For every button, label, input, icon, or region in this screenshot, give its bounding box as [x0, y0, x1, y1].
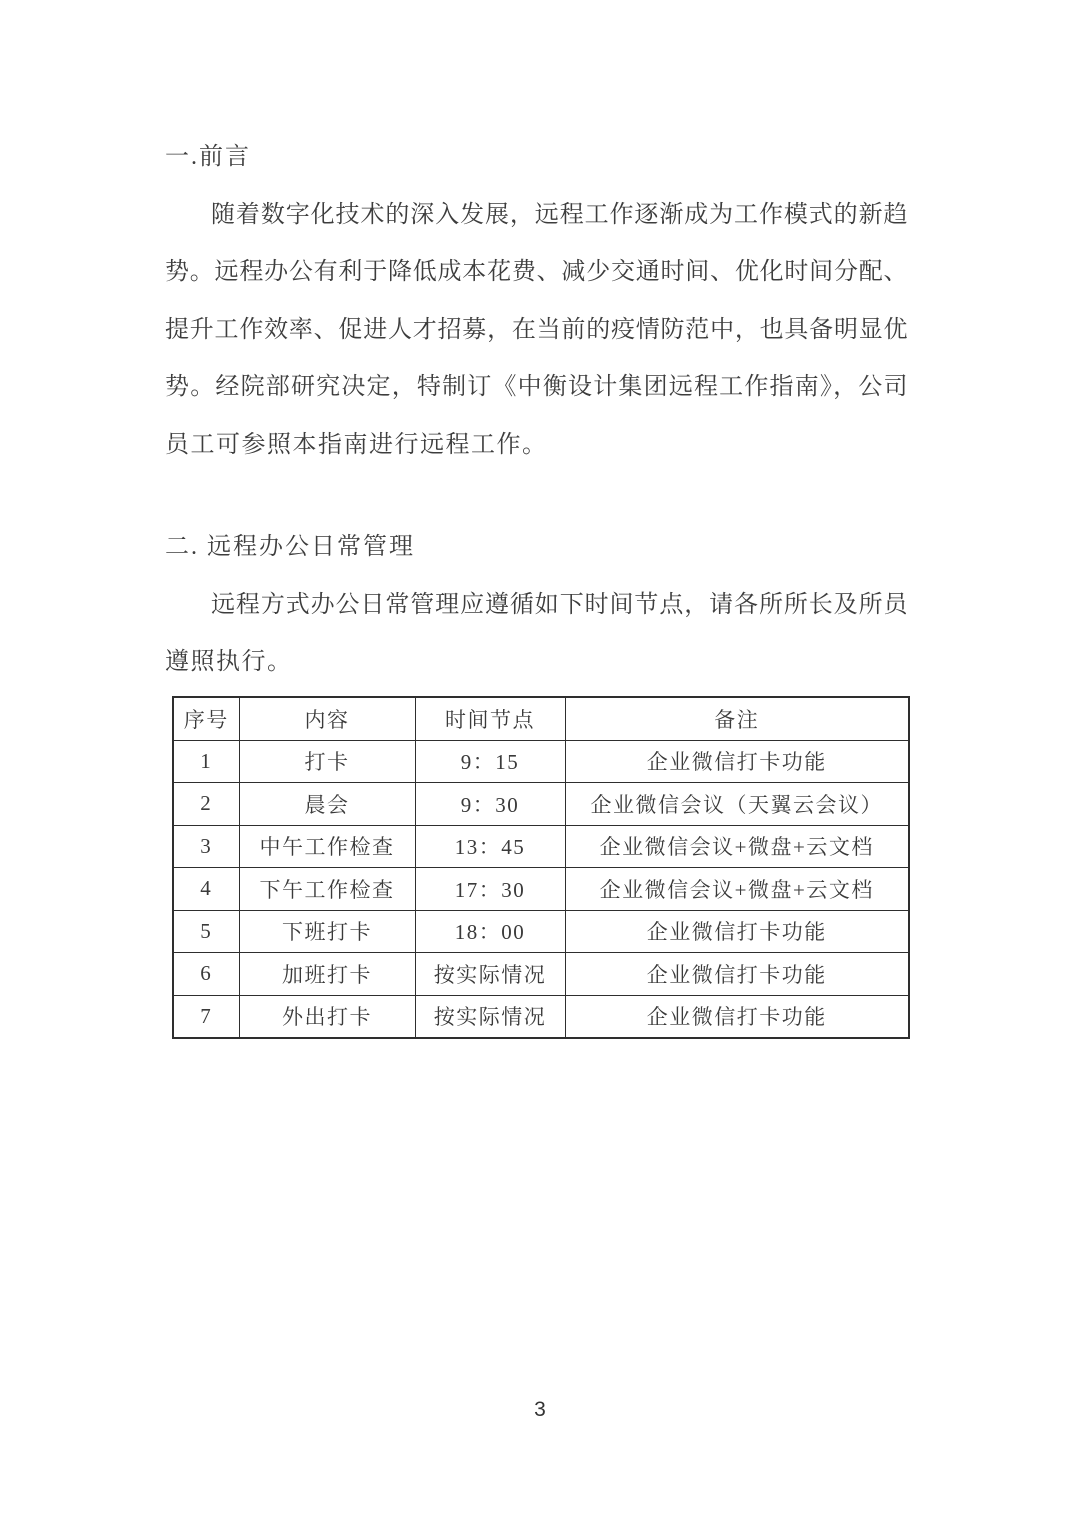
- table-cell: 下班打卡: [239, 910, 415, 953]
- table-cell: 18：00: [415, 910, 565, 953]
- paragraph-line: 提升工作效率、促进人才招募，在当前的疫情防范中，也具备明显优: [165, 302, 908, 360]
- page-content: 一.前言 随着数字化技术的深入发展，远程工作逐渐成为工作模式的新趋 势。远程办公…: [165, 0, 908, 1039]
- table-header-cell: 内容: [239, 697, 415, 741]
- table-header-cell: 序号: [173, 697, 239, 741]
- table-row: 3 中午工作检查 13：45 企业微信会议+微盘+云文档: [173, 825, 909, 868]
- table-cell: 1: [173, 740, 239, 783]
- table-cell: 下午工作检查: [239, 868, 415, 911]
- table-cell: 4: [173, 868, 239, 911]
- daily-management-schedule-table: 序号 内容 时间节点 备注 1 打卡 9：15 企业微信打卡功能 2 晨会 9：…: [172, 696, 910, 1040]
- table-row: 2 晨会 9：30 企业微信会议（天翼云会议）: [173, 783, 909, 826]
- table-cell: 2: [173, 783, 239, 826]
- table-cell: 外出打卡: [239, 995, 415, 1038]
- table-row: 4 下午工作检查 17：30 企业微信会议+微盘+云文档: [173, 868, 909, 911]
- table-cell: 按实际情况: [415, 995, 565, 1038]
- table-cell: 加班打卡: [239, 953, 415, 996]
- table-cell: 晨会: [239, 783, 415, 826]
- table-cell: 企业微信打卡功能: [565, 740, 909, 783]
- paragraph-line: 远程方式办公日常管理应遵循如下时间节点，请各所所长及所员: [165, 577, 908, 635]
- paragraph-line: 随着数字化技术的深入发展，远程工作逐渐成为工作模式的新趋: [165, 187, 908, 245]
- table-cell: 打卡: [239, 740, 415, 783]
- paragraph-line: 势。远程办公有利于降低成本花费、减少交通时间、优化时间分配、: [165, 244, 908, 302]
- table-cell: 企业微信会议（天翼云会议）: [565, 783, 909, 826]
- section-2-heading: 二. 远程办公日常管理: [165, 519, 908, 577]
- table-cell: 13：45: [415, 825, 565, 868]
- table-header-cell: 时间节点: [415, 697, 565, 741]
- table-header-row: 序号 内容 时间节点 备注: [173, 697, 909, 741]
- table-cell: 企业微信会议+微盘+云文档: [565, 868, 909, 911]
- table-cell: 7: [173, 995, 239, 1038]
- table-row: 5 下班打卡 18：00 企业微信打卡功能: [173, 910, 909, 953]
- table-cell: 6: [173, 953, 239, 996]
- table-row: 1 打卡 9：15 企业微信打卡功能: [173, 740, 909, 783]
- page-number: 3: [0, 1398, 1080, 1422]
- table-cell: 中午工作检查: [239, 825, 415, 868]
- section-1-heading: 一.前言: [165, 129, 908, 187]
- table-cell: 企业微信打卡功能: [565, 910, 909, 953]
- paragraph-line: 遵照执行。: [165, 634, 908, 692]
- table-cell: 企业微信会议+微盘+云文档: [565, 825, 909, 868]
- table-cell: 9：30: [415, 783, 565, 826]
- table-cell: 17：30: [415, 868, 565, 911]
- table-cell: 按实际情况: [415, 953, 565, 996]
- table-cell: 企业微信打卡功能: [565, 953, 909, 996]
- table-row: 7 外出打卡 按实际情况 企业微信打卡功能: [173, 995, 909, 1038]
- section-2-paragraph: 远程方式办公日常管理应遵循如下时间节点，请各所所长及所员 遵照执行。: [165, 577, 908, 692]
- table-cell: 企业微信打卡功能: [565, 995, 909, 1038]
- paragraph-line: 势。经院部研究决定，特制订《中衡设计集团远程工作指南》，公司: [165, 359, 908, 417]
- section-1-paragraph: 随着数字化技术的深入发展，远程工作逐渐成为工作模式的新趋 势。远程办公有利于降低…: [165, 187, 908, 475]
- document-page: 一.前言 随着数字化技术的深入发展，远程工作逐渐成为工作模式的新趋 势。远程办公…: [0, 0, 1080, 1526]
- paragraph-line: 员工可参照本指南进行远程工作。: [165, 417, 908, 475]
- table-cell: 5: [173, 910, 239, 953]
- table-cell: 9：15: [415, 740, 565, 783]
- table-row: 6 加班打卡 按实际情况 企业微信打卡功能: [173, 953, 909, 996]
- table-header-cell: 备注: [565, 697, 909, 741]
- table-cell: 3: [173, 825, 239, 868]
